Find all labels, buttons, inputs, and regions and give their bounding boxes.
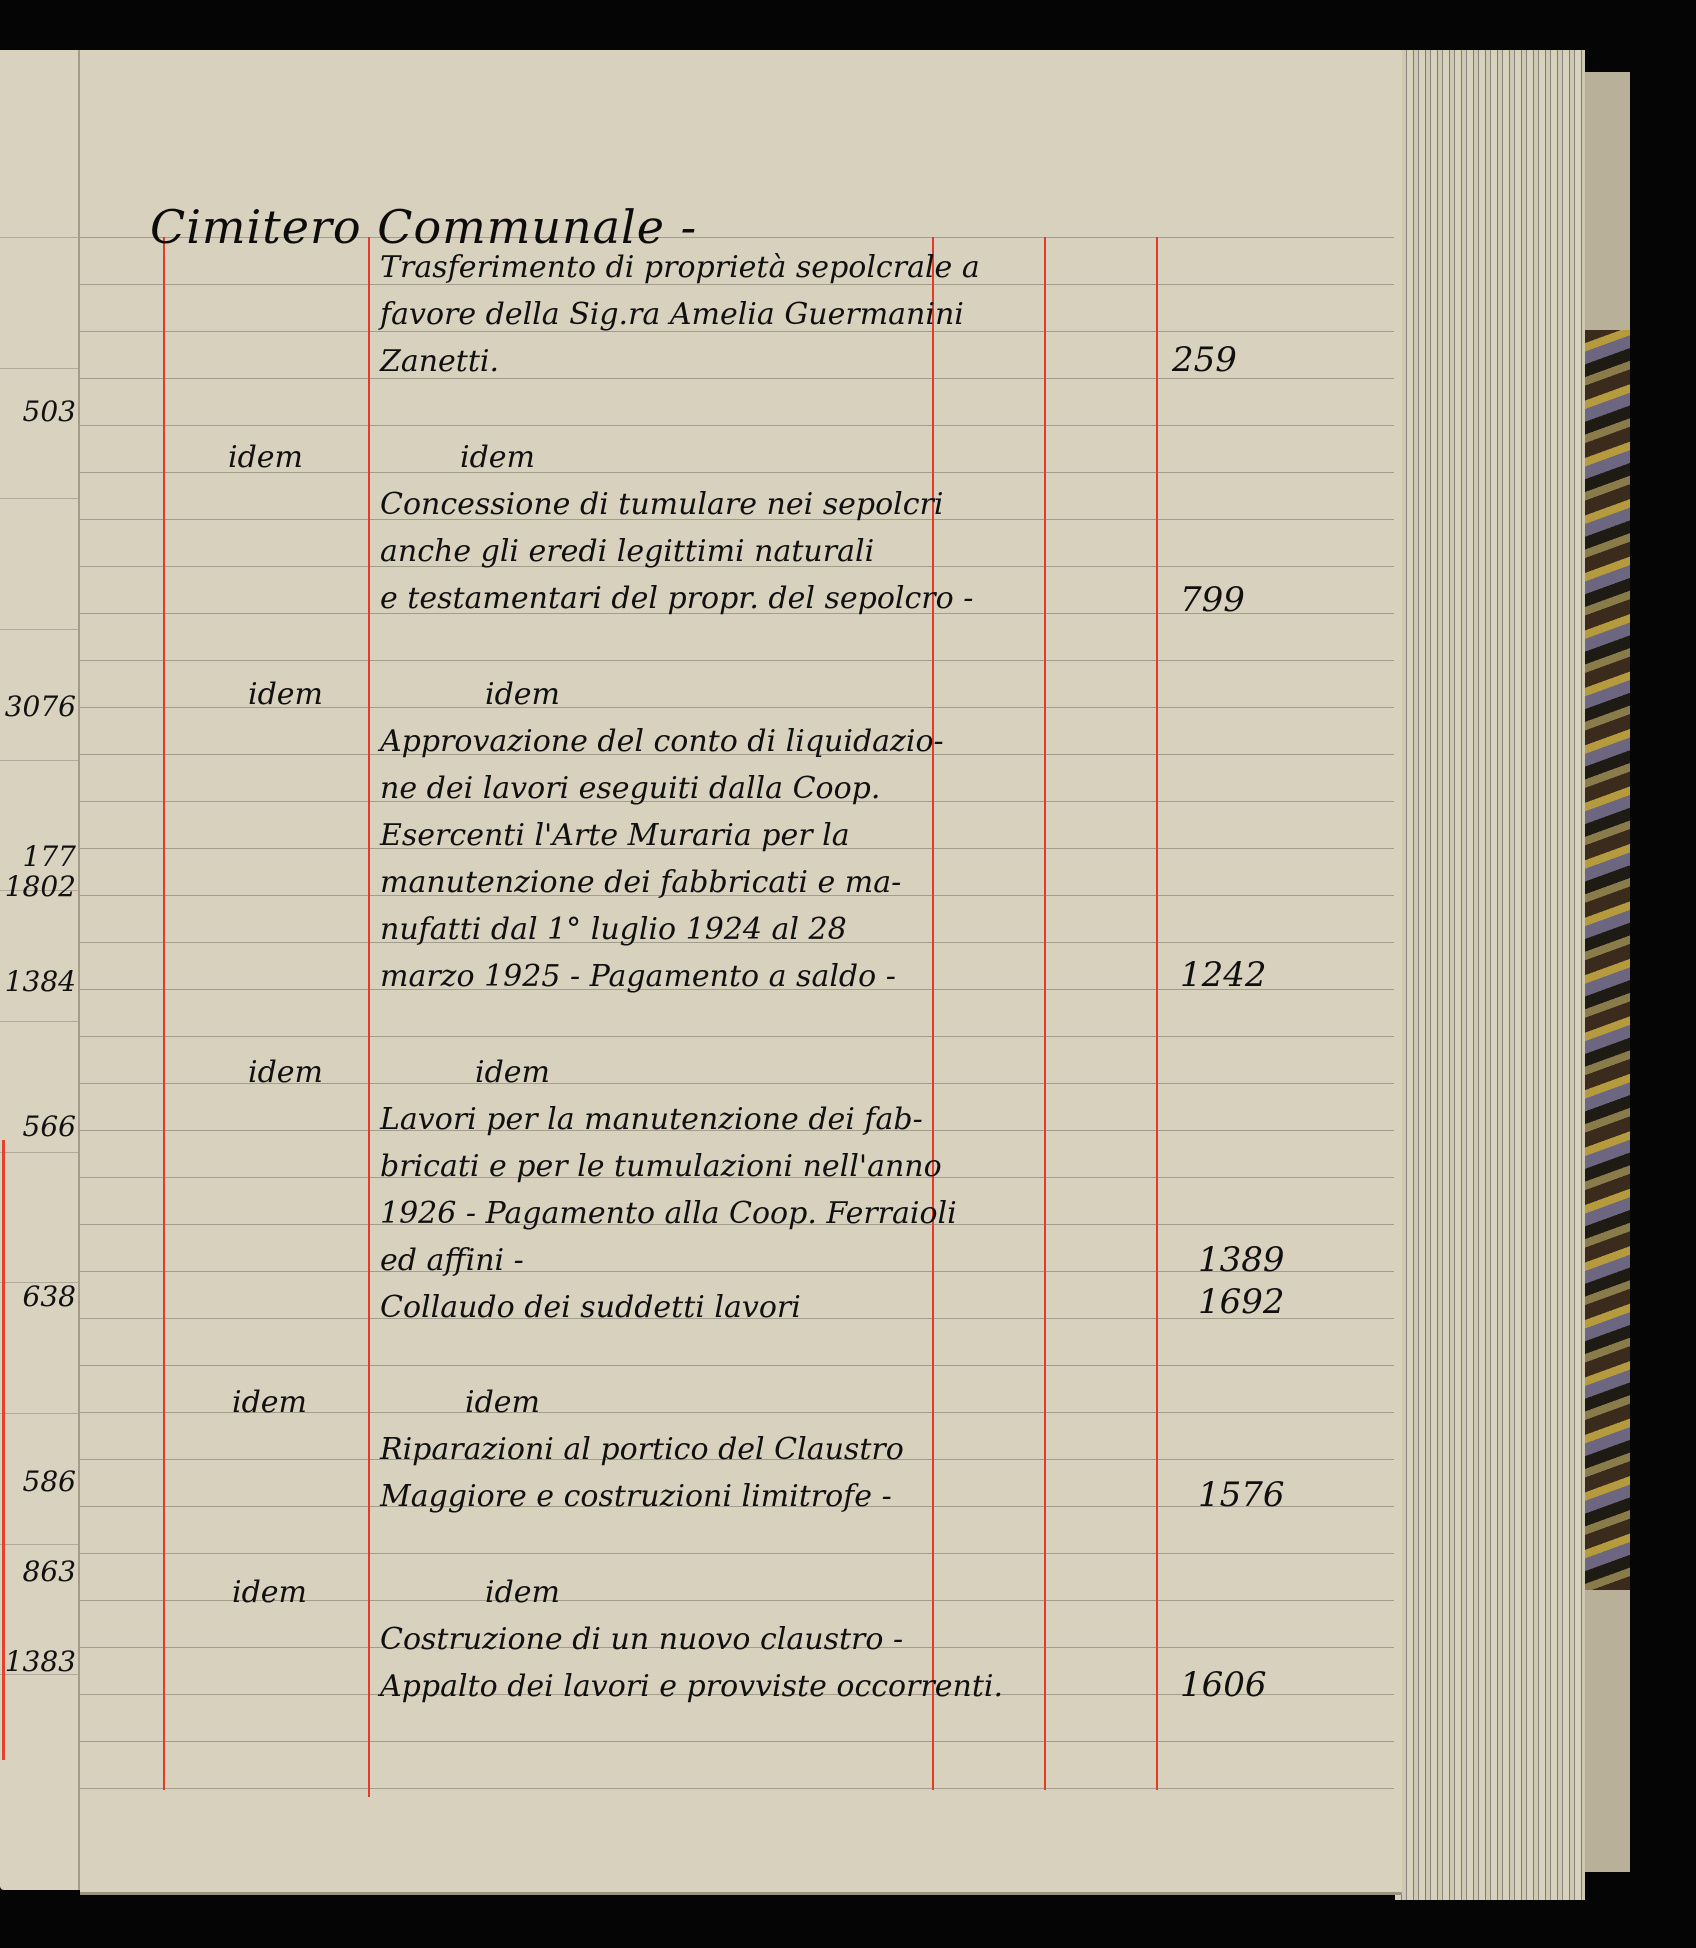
entry-amount: 1606 xyxy=(1180,1665,1320,1705)
entry-line: 1926 - Pagamento alla Coop. Ferraioli xyxy=(380,1196,957,1231)
entry-amount: 259 xyxy=(1172,340,1312,380)
entry-col1: idem xyxy=(232,1385,307,1420)
entry-col2: idem xyxy=(465,1385,540,1420)
entry-line: ed affini - xyxy=(380,1243,524,1278)
left-ref-number: 177 xyxy=(0,840,76,873)
red-column-rule xyxy=(932,237,934,1790)
entry-col1: idem xyxy=(248,1055,323,1090)
entry-amount: 1389 xyxy=(1198,1240,1338,1280)
entry-line: Collaudo dei suddetti lavori xyxy=(380,1290,801,1325)
entry-col1: idem xyxy=(232,1575,307,1610)
entry-line: Trasferimento di proprietà sepolcrale a xyxy=(380,250,980,285)
left-ref-number: 503 xyxy=(0,395,76,428)
entry-amount: 1692 xyxy=(1198,1282,1338,1322)
left-ref-number: 638 xyxy=(0,1280,76,1313)
entry-line: favore della Sig.ra Amelia Guermanini xyxy=(380,297,964,332)
entry-line: Maggiore e costruzioni limitrofe - xyxy=(380,1479,892,1514)
left-ref-number: 863 xyxy=(0,1555,76,1588)
entry-line: manutenzione dei fabbricati e ma- xyxy=(380,865,901,900)
page-stack-edges xyxy=(1395,50,1585,1900)
ledger-page: Cimitero Communale - Trasferimento di pr… xyxy=(80,50,1402,1895)
entry-line: anche gli eredi legittimi naturali xyxy=(380,534,874,569)
left-ref-number: 1802 xyxy=(0,870,76,903)
red-column-rule xyxy=(368,237,370,1797)
entry-line: Appalto dei lavori e provviste occorrent… xyxy=(380,1669,1003,1704)
entry-col1: idem xyxy=(228,440,303,475)
entry-col2: idem xyxy=(485,1575,560,1610)
left-page: 503 3076 177 1802 1384 566 638 586 863 1… xyxy=(0,50,80,1890)
entry-line: ne dei lavori eseguiti dalla Coop. xyxy=(380,771,880,806)
entry-line: Costruzione di un nuovo claustro - xyxy=(380,1622,903,1657)
entry-line: bricati e per le tumulazioni nell'anno xyxy=(380,1149,942,1184)
entry-line: marzo 1925 - Pagamento a saldo - xyxy=(380,959,896,994)
entry-line: Approvazione del conto di liquidazio- xyxy=(380,724,944,759)
left-ref-number: 1383 xyxy=(0,1645,76,1678)
entry-amount: 1242 xyxy=(1180,955,1320,995)
left-ref-number: 3076 xyxy=(0,690,76,723)
entry-line: e testamentari del propr. del sepolcro - xyxy=(380,581,973,616)
left-ref-number: 566 xyxy=(0,1110,76,1143)
entry-col2: idem xyxy=(475,1055,550,1090)
entry-line: nufatti dal 1° luglio 1924 al 28 xyxy=(380,912,847,947)
marbled-endpaper xyxy=(1580,330,1630,1590)
entry-amount: 799 xyxy=(1180,580,1320,620)
entry-amount: 1576 xyxy=(1198,1475,1338,1515)
entry-col1: idem xyxy=(248,677,323,712)
red-column-rule xyxy=(1156,237,1158,1790)
left-ref-number: 586 xyxy=(0,1465,76,1498)
entry-line: Concessione di tumulare nei sepolcri xyxy=(380,487,944,522)
red-column-rule xyxy=(163,237,165,1790)
entry-line: Riparazioni al portico del Claustro xyxy=(380,1432,904,1467)
left-ref-number: 1384 xyxy=(0,965,76,998)
entry-line: Esercenti l'Arte Muraria per la xyxy=(380,818,850,853)
page-title: Cimitero Communale - xyxy=(150,200,697,254)
entry-line: Zanetti. xyxy=(380,344,499,379)
entry-line: Lavori per la manutenzione dei fab- xyxy=(380,1102,923,1137)
red-column-rule xyxy=(1044,237,1046,1790)
entry-col2: idem xyxy=(485,677,560,712)
entry-col2: idem xyxy=(460,440,535,475)
